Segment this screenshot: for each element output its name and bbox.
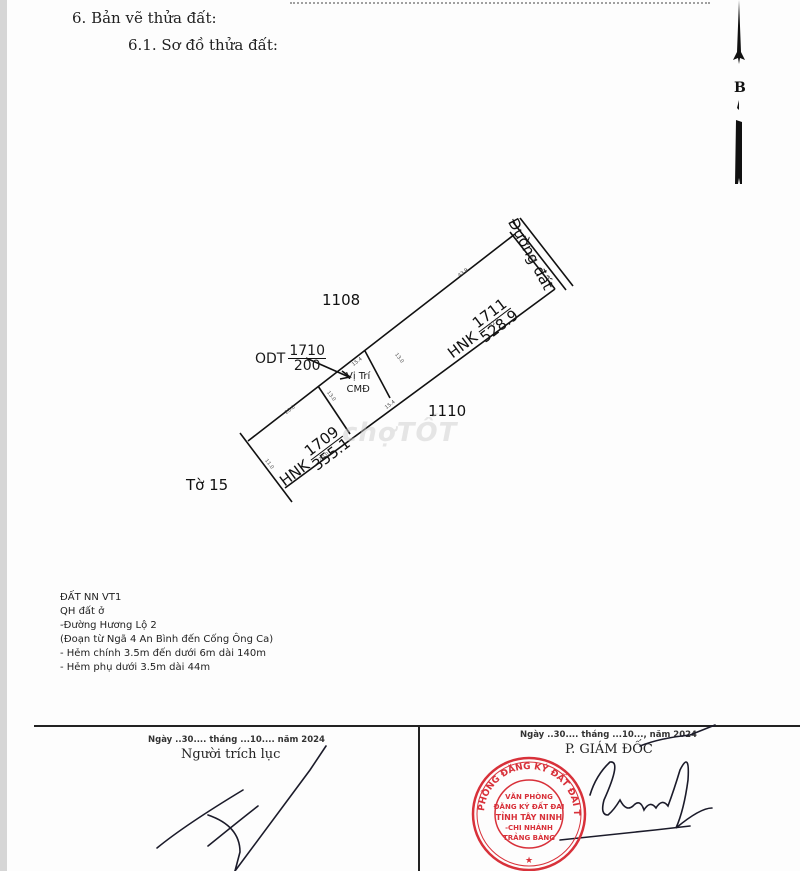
svg-text:VĂN PHÒNG: VĂN PHÒNG: [505, 792, 553, 801]
svg-text:-CHI NHÁNH: -CHI NHÁNH: [505, 823, 553, 832]
signature-strokes: [0, 0, 800, 871]
svg-text:TỈNH TÂY NINH: TỈNH TÂY NINH: [496, 811, 563, 822]
official-stamp-icon: PHÒNG ĐĂNG KÝ ĐẤT ĐAI TỈNH VĂN PHÒNG ĐĂN…: [470, 755, 588, 871]
svg-text:TRẢNG BÀNG: TRẢNG BÀNG: [503, 832, 555, 842]
svg-text:★: ★: [525, 856, 533, 866]
svg-text:ĐĂNG KÝ ĐẤT ĐAI: ĐĂNG KÝ ĐẤT ĐAI: [494, 801, 565, 811]
